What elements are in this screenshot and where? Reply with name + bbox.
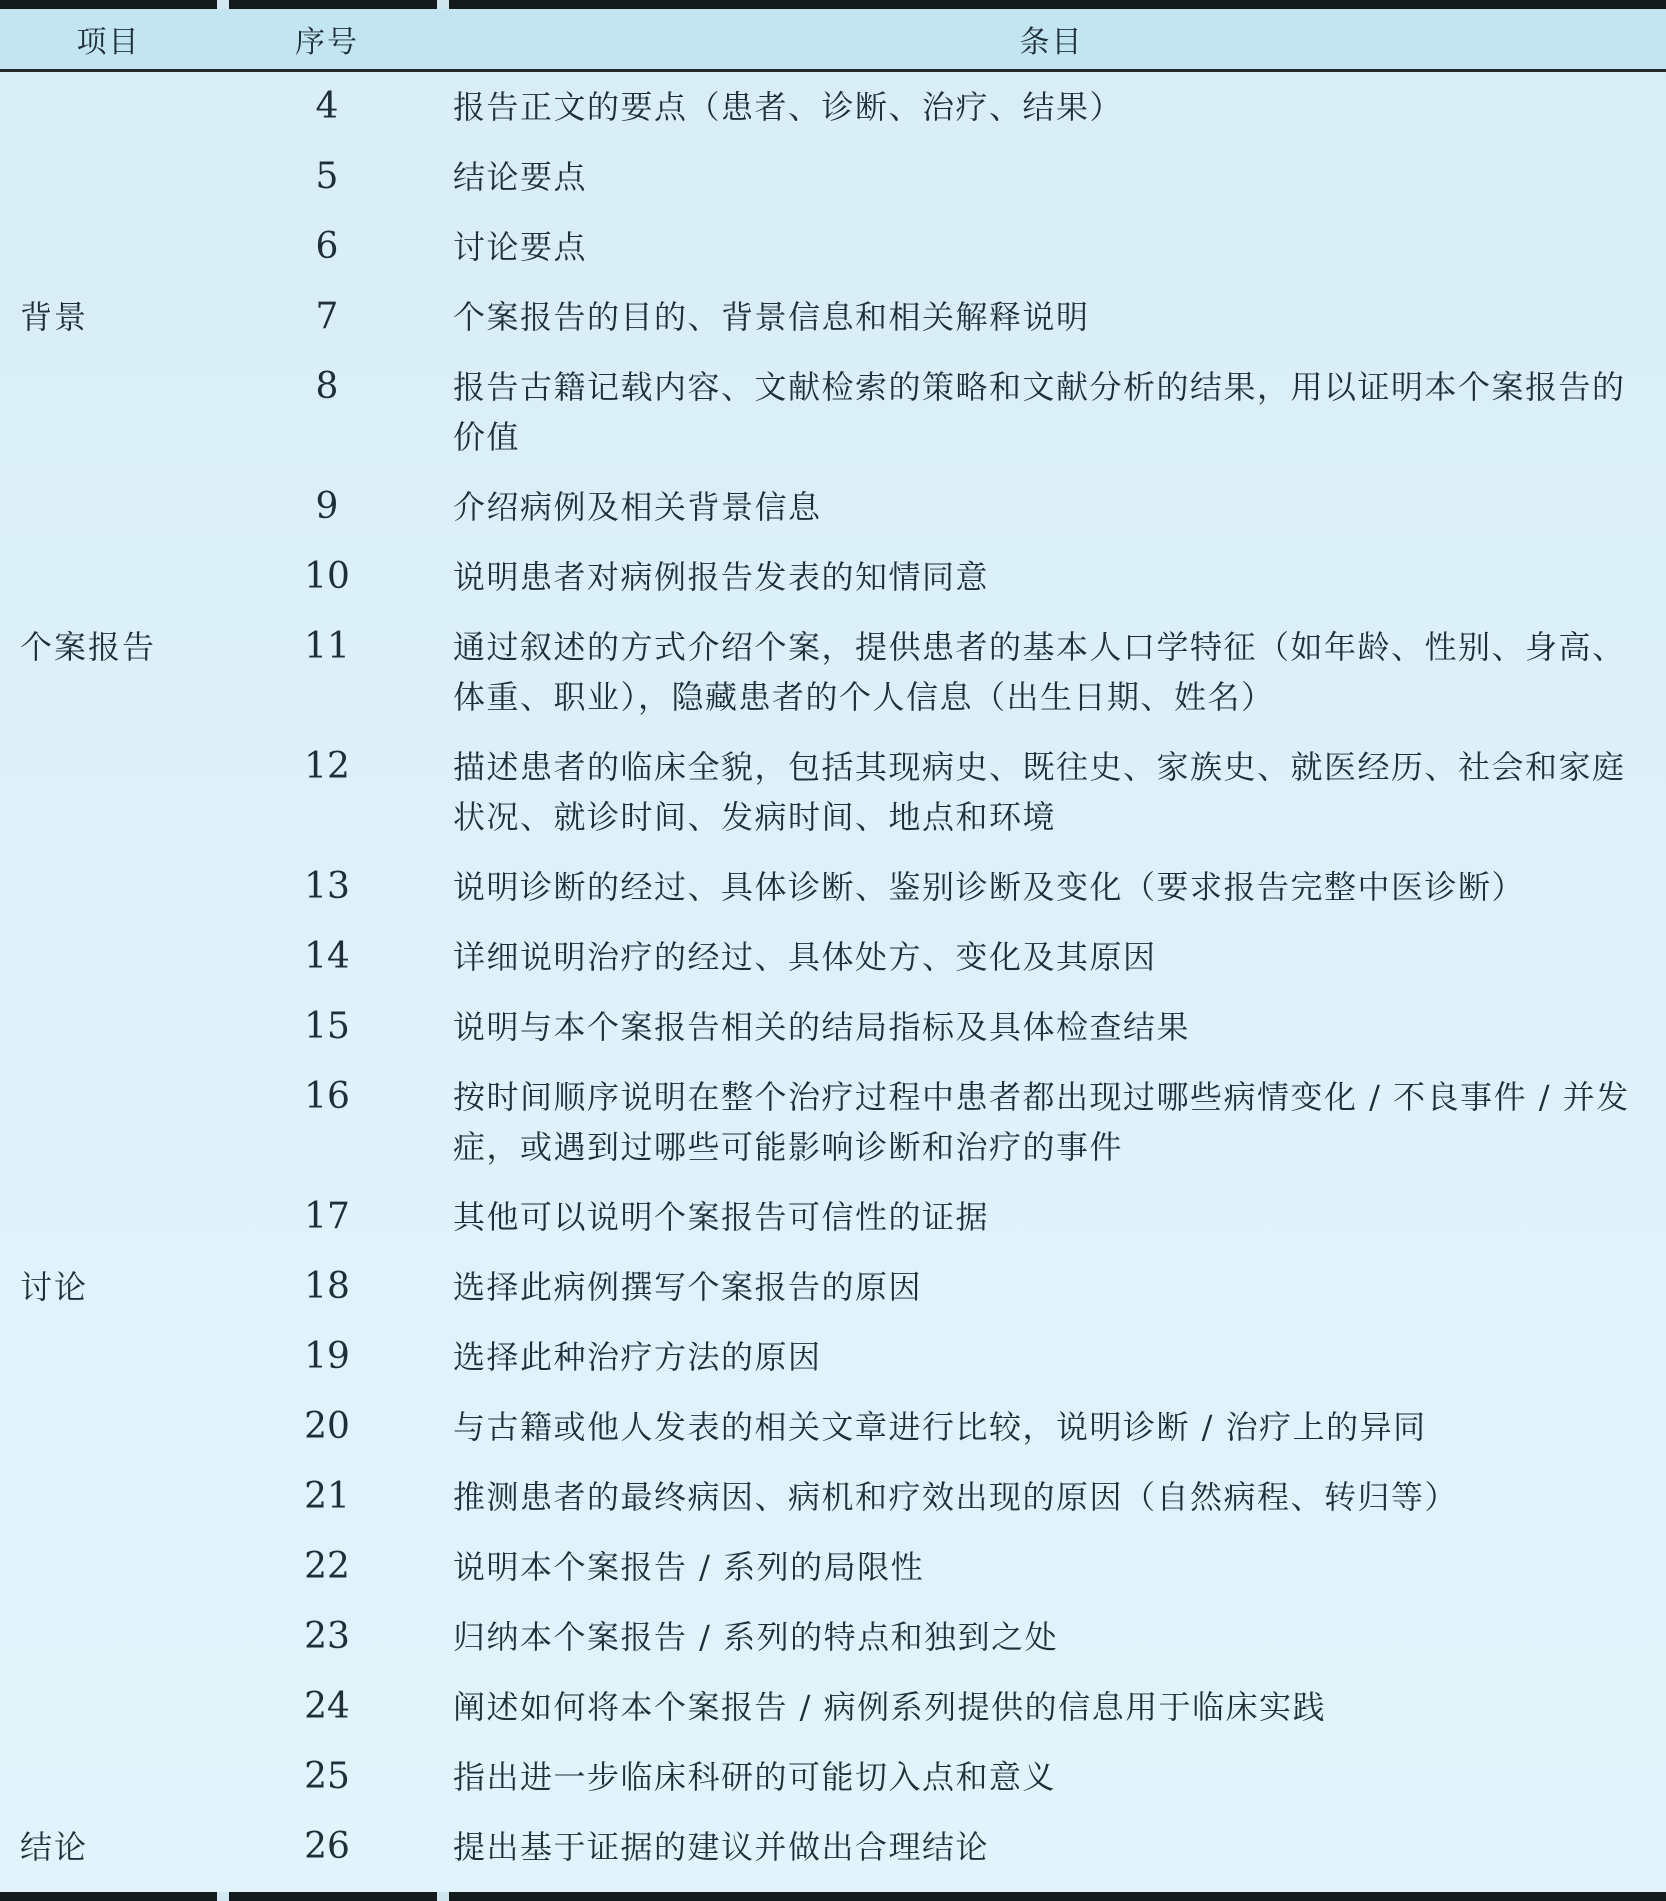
- entry-text: 按时间顺序说明在整个治疗过程中患者都出现过哪些病情变化 / 不良事件 / 并发 …: [437, 1072, 1666, 1172]
- table-bottom-spacer: [0, 1882, 1666, 1892]
- row-number: 19: [217, 1332, 437, 1382]
- header-cell-item: 项目: [0, 17, 217, 61]
- row-number: 18: [217, 1262, 437, 1312]
- table-row: 20与古籍或他人发表的相关文章进行比较，说明诊断 / 治疗上的异同: [0, 1392, 1666, 1462]
- entry-text: 归纳本个案报告 / 系列的特点和独到之处: [437, 1612, 1666, 1662]
- entry-text: 推测患者的最终病因、病机和疗效出现的原因（自然病程、转归等）: [437, 1472, 1666, 1522]
- entry-text: 选择此种治疗方法的原因: [437, 1332, 1666, 1382]
- entry-text: 说明诊断的经过、具体诊断、鉴别诊断及变化（要求报告完整中医诊断）: [437, 862, 1666, 912]
- row-number: 24: [217, 1682, 437, 1732]
- table-row: 9介绍病例及相关背景信息: [0, 472, 1666, 542]
- row-number: 20: [217, 1402, 437, 1452]
- row-number: 5: [217, 152, 437, 202]
- entry-text: 通过叙述的方式介绍个案，提供患者的基本人口学特征（如年龄、性别、身高、 体重、职…: [437, 622, 1666, 722]
- header-cell-no: 序号: [217, 17, 437, 61]
- table-row: 8报告古籍记载内容、文献检索的策略和文献分析的结果，用以证明本个案报告的 价值: [0, 352, 1666, 472]
- row-number: 8: [217, 362, 437, 412]
- row-number: 17: [217, 1192, 437, 1242]
- entry-text: 选择此病例撰写个案报告的原因: [437, 1262, 1666, 1312]
- row-number: 9: [217, 482, 437, 532]
- row-number: 16: [217, 1072, 437, 1122]
- table-body: 4报告正文的要点（患者、诊断、治疗、结果）5结论要点6讨论要点背景7个案报告的目…: [0, 72, 1666, 1892]
- row-number: 21: [217, 1472, 437, 1522]
- entry-text: 报告古籍记载内容、文献检索的策略和文献分析的结果，用以证明本个案报告的 价值: [437, 362, 1666, 462]
- row-number: 25: [217, 1752, 437, 1802]
- item-group-label: 讨论: [0, 1262, 217, 1312]
- table-bottom-rule: [0, 1892, 1666, 1901]
- entry-text: 其他可以说明个案报告可信性的证据: [437, 1192, 1666, 1242]
- row-number: 7: [217, 292, 437, 342]
- table-row: 6讨论要点: [0, 212, 1666, 282]
- entry-text: 说明与本个案报告相关的结局指标及具体检查结果: [437, 1002, 1666, 1052]
- table-row: 讨论18选择此病例撰写个案报告的原因: [0, 1252, 1666, 1322]
- table-row: 16按时间顺序说明在整个治疗过程中患者都出现过哪些病情变化 / 不良事件 / 并…: [0, 1062, 1666, 1182]
- table-row: 结论26提出基于证据的建议并做出合理结论: [0, 1812, 1666, 1882]
- entry-text: 详细说明治疗的经过、具体处方、变化及其原因: [437, 932, 1666, 982]
- row-number: 13: [217, 862, 437, 912]
- table-row: 个案报告11通过叙述的方式介绍个案，提供患者的基本人口学特征（如年龄、性别、身高…: [0, 612, 1666, 732]
- entry-text: 提出基于证据的建议并做出合理结论: [437, 1822, 1666, 1872]
- item-group-label: 个案报告: [0, 622, 217, 672]
- table-row: 21推测患者的最终病因、病机和疗效出现的原因（自然病程、转归等）: [0, 1462, 1666, 1532]
- row-number: 14: [217, 932, 437, 982]
- row-number: 23: [217, 1612, 437, 1662]
- row-number: 22: [217, 1542, 437, 1592]
- item-group-label: 背景: [0, 292, 217, 342]
- table-row: 23归纳本个案报告 / 系列的特点和独到之处: [0, 1602, 1666, 1672]
- row-number: 26: [217, 1822, 437, 1872]
- table-row: 22说明本个案报告 / 系列的局限性: [0, 1532, 1666, 1602]
- entry-text: 说明患者对病例报告发表的知情同意: [437, 552, 1666, 602]
- table-row: 17其他可以说明个案报告可信性的证据: [0, 1182, 1666, 1252]
- entry-text: 介绍病例及相关背景信息: [437, 482, 1666, 532]
- entry-text: 说明本个案报告 / 系列的局限性: [437, 1542, 1666, 1592]
- table-top-rule: [0, 0, 1666, 9]
- row-number: 12: [217, 742, 437, 792]
- entry-text: 结论要点: [437, 152, 1666, 202]
- table-row: 25指出进一步临床科研的可能切入点和意义: [0, 1742, 1666, 1812]
- entry-text: 与古籍或他人发表的相关文章进行比较，说明诊断 / 治疗上的异同: [437, 1402, 1666, 1452]
- table-row: 14详细说明治疗的经过、具体处方、变化及其原因: [0, 922, 1666, 992]
- table-row: 5结论要点: [0, 142, 1666, 212]
- row-number: 10: [217, 552, 437, 602]
- table-row: 背景7个案报告的目的、背景信息和相关解释说明: [0, 282, 1666, 352]
- table-row: 19选择此种治疗方法的原因: [0, 1322, 1666, 1392]
- item-group-label: 结论: [0, 1822, 217, 1872]
- row-number: 6: [217, 222, 437, 272]
- table-header-row: 项目 序号 条目: [0, 9, 1666, 69]
- entry-text: 指出进一步临床科研的可能切入点和意义: [437, 1752, 1666, 1802]
- row-number: 11: [217, 622, 437, 672]
- header-cell-entry: 条目: [437, 17, 1666, 61]
- row-number: 15: [217, 1002, 437, 1052]
- row-number: 4: [217, 82, 437, 132]
- table-row: 24阐述如何将本个案报告 / 病例系列提供的信息用于临床实践: [0, 1672, 1666, 1742]
- entry-text: 描述患者的临床全貌，包括其现病史、既往史、家族史、就医经历、社会和家庭 状况、就…: [437, 742, 1666, 842]
- entry-text: 个案报告的目的、背景信息和相关解释说明: [437, 292, 1666, 342]
- table-row: 10说明患者对病例报告发表的知情同意: [0, 542, 1666, 612]
- table-row: 12描述患者的临床全貌，包括其现病史、既往史、家族史、就医经历、社会和家庭 状况…: [0, 732, 1666, 852]
- table-row: 4报告正文的要点（患者、诊断、治疗、结果）: [0, 72, 1666, 142]
- table-row: 13说明诊断的经过、具体诊断、鉴别诊断及变化（要求报告完整中医诊断）: [0, 852, 1666, 922]
- entry-text: 讨论要点: [437, 222, 1666, 272]
- entry-text: 报告正文的要点（患者、诊断、治疗、结果）: [437, 82, 1666, 132]
- entry-text: 阐述如何将本个案报告 / 病例系列提供的信息用于临床实践: [437, 1682, 1666, 1732]
- checklist-table: 项目 序号 条目 4报告正文的要点（患者、诊断、治疗、结果）5结论要点6讨论要点…: [0, 0, 1666, 1901]
- table-row: 15说明与本个案报告相关的结局指标及具体检查结果: [0, 992, 1666, 1062]
